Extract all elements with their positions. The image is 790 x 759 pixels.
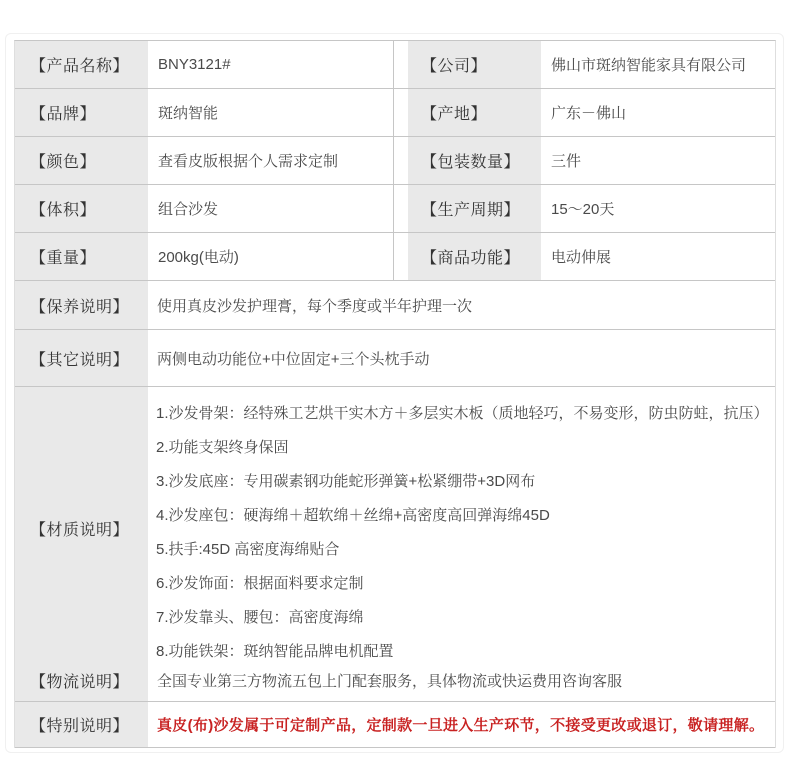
label-product-name: 【产品名称】 [15,41,148,88]
value-care-instructions: 使用真皮沙发护理膏，每个季度或半年护理一次 [148,281,775,329]
label-brand: 【品牌】 [15,89,148,136]
label-product-function: 【商品功能】 [408,233,541,280]
value-logistics: 全国专业第三方物流五包上门配套服务，具体物流或快运费用咨询客服 [148,659,775,701]
value-origin: 广东－佛山 [541,89,775,136]
spec-row-name-company: 【产品名称】 BNY3121# 【公司】 佛山市斑纳智能家具有限公司 [15,41,775,89]
material-item-headrest: 7.沙发靠头、腰包：高密度海绵 [156,601,763,635]
material-item-seat-cushion: 4.沙发座包：硬海绵＋超软绵＋丝绵+高密度高回弹海绵45D [156,499,763,533]
label-weight: 【重量】 [15,233,148,280]
value-company: 佛山市斑纳智能家具有限公司 [541,41,775,88]
label-volume: 【体积】 [15,185,148,232]
value-production-cycle: 15～20天 [541,185,775,232]
spec-row-other: 【其它说明】 两侧电动功能位+中位固定+三个头枕手动 [15,330,775,387]
product-spec-card: 【产品名称】 BNY3121# 【公司】 佛山市斑纳智能家具有限公司 【品牌】 … [5,33,784,753]
label-other-notes: 【其它说明】 [15,330,148,386]
spec-row-material: 【材质说明】 1.沙发骨架：经特殊工艺烘干实木方＋多层实木板（质地轻巧，不易变形… [15,387,775,659]
column-gap [394,137,408,184]
material-item-finish: 6.沙发饰面：根据面料要求定制 [156,567,763,601]
label-material-description: 【材质说明】 [15,387,148,669]
value-product-function: 电动伸展 [541,233,775,280]
label-package-qty: 【包装数量】 [408,137,541,184]
column-gap [394,185,408,232]
spec-row-logistics: 【物流说明】 全国专业第三方物流五包上门配套服务，具体物流或快运费用咨询客服 [15,659,775,702]
material-item-frame: 1.沙发骨架：经特殊工艺烘干实木方＋多层实木板（质地轻巧，不易变形，防虫防蛀，抗… [156,397,763,431]
label-care-instructions: 【保养说明】 [15,281,148,329]
label-production-cycle: 【生产周期】 [408,185,541,232]
label-special-note: 【特别说明】 [15,702,148,747]
column-gap [394,89,408,136]
column-gap [394,41,408,88]
material-item-list: 1.沙发骨架：经特殊工艺烘干实木方＋多层实木板（质地轻巧，不易变形，防虫防蛀，抗… [148,387,775,669]
product-spec-table: 【产品名称】 BNY3121# 【公司】 佛山市斑纳智能家具有限公司 【品牌】 … [14,40,776,748]
label-origin: 【产地】 [408,89,541,136]
value-color: 查看皮版根据个人需求定制 [148,137,394,184]
value-volume: 组合沙发 [148,185,394,232]
label-logistics: 【物流说明】 [15,659,148,701]
spec-row-special-note: 【特别说明】 真皮(布)沙发属于可定制产品，定制款一旦进入生产环节，不接受更改或… [15,702,775,748]
value-package-qty: 三件 [541,137,775,184]
material-item-base: 3.沙发底座：专用碳素钢功能蛇形弹簧+松紧绷带+3D网布 [156,465,763,499]
label-company: 【公司】 [408,41,541,88]
spec-row-volume-cycle: 【体积】 组合沙发 【生产周期】 15～20天 [15,185,775,233]
material-item-support-warranty: 2.功能支架终身保固 [156,431,763,465]
spec-row-color-package: 【颜色】 查看皮版根据个人需求定制 【包装数量】 三件 [15,137,775,185]
material-item-armrest: 5.扶手:45D 高密度海绵贴合 [156,533,763,567]
spec-row-brand-origin: 【品牌】 斑纳智能 【产地】 广东－佛山 [15,89,775,137]
spec-row-weight-function: 【重量】 200kg(电动) 【商品功能】 电动伸展 [15,233,775,281]
value-product-name: BNY3121# [148,41,394,88]
value-other-notes: 两侧电动功能位+中位固定+三个头枕手动 [148,330,775,386]
value-weight: 200kg(电动) [148,233,394,280]
label-color: 【颜色】 [15,137,148,184]
value-special-note: 真皮(布)沙发属于可定制产品，定制款一旦进入生产环节，不接受更改或退订，敬请理解… [148,702,775,747]
spec-row-care: 【保养说明】 使用真皮沙发护理膏，每个季度或半年护理一次 [15,281,775,330]
value-brand: 斑纳智能 [148,89,394,136]
column-gap [394,233,408,280]
